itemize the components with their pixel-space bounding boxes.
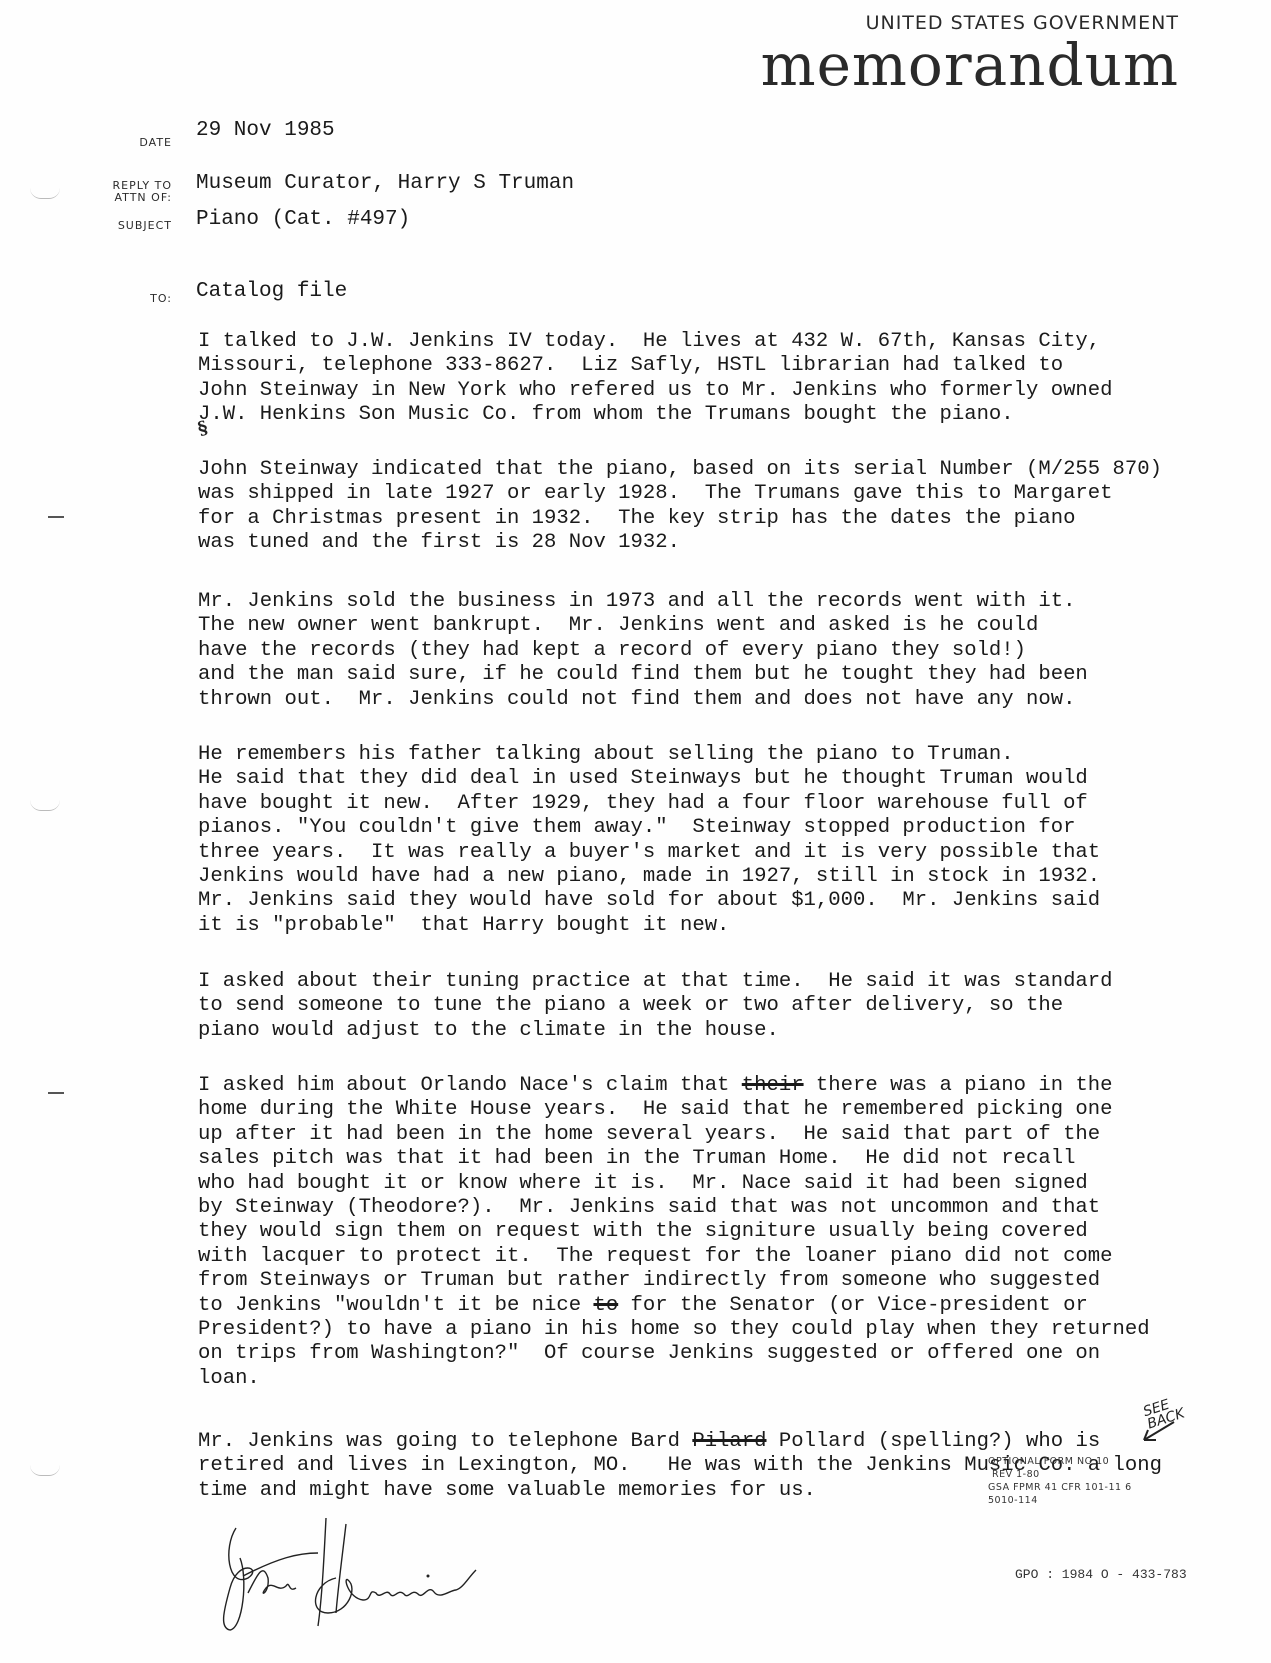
text-line: He said that they did deal in used Stein… xyxy=(198,767,1100,791)
form-regulation: GSA FPMR 41 CFR 101-11 6 xyxy=(988,1481,1132,1494)
text-line: Mr. Jenkins said they would have sold fo… xyxy=(198,889,1100,913)
text-line: President?) to have a piano in his home … xyxy=(198,1318,1150,1342)
text-line: up after it had been in the home several… xyxy=(198,1123,1150,1147)
text-line: was shipped in late 1927 or early 1928. … xyxy=(198,482,1162,506)
text-line: on trips from Washington?" Of course Jen… xyxy=(198,1342,1150,1366)
struck-text: Pilard xyxy=(692,1430,766,1453)
margin-smudge xyxy=(30,1465,60,1476)
text-line: Mr. Jenkins was going to telephone Bard … xyxy=(198,1430,1162,1454)
text-line: from Steinways or Truman but rather indi… xyxy=(198,1269,1150,1293)
paragraph: Mr. Jenkins sold the business in 1973 an… xyxy=(198,590,1088,712)
text-line: pianos. "You couldn't give them away." S… xyxy=(198,816,1100,840)
paragraph: I asked about their tuning practice at t… xyxy=(198,970,1113,1043)
margin-smudge xyxy=(30,800,60,811)
memorandum-page: UNITED STATES GOVERNMENT memorandum DATE… xyxy=(0,0,1271,1663)
date-label: DATE xyxy=(12,136,172,149)
text-line: thrown out. Mr. Jenkins could not find t… xyxy=(198,688,1088,712)
margin-mark xyxy=(48,516,64,518)
memo-body: I talked to J.W. Jenkins IV today. He li… xyxy=(198,0,1198,1663)
text-line: The new owner went bankrupt. Mr. Jenkins… xyxy=(198,614,1088,638)
text-line: home during the White House years. He sa… xyxy=(198,1098,1150,1122)
form-revision: REV 1-80 xyxy=(988,1468,1132,1481)
text-line: to Jenkins "wouldn't it be nice to for t… xyxy=(198,1294,1150,1318)
text-line: He remembers his father talking about se… xyxy=(198,743,1100,767)
text-line: by Steinway (Theodore?). Mr. Jenkins sai… xyxy=(198,1196,1150,1220)
text-line: with lacquer to protect it. The request … xyxy=(198,1245,1150,1269)
text-line: I asked him about Orlando Nace's claim t… xyxy=(198,1074,1150,1098)
to-label: TO: xyxy=(12,292,172,305)
text-line: and the man said sure, if he could find … xyxy=(198,663,1088,687)
text-line: it is "probable" that Harry bought it ne… xyxy=(198,914,1100,938)
text-line: piano would adjust to the climate in the… xyxy=(198,1019,1113,1043)
form-stock-number: 5010-114 xyxy=(988,1494,1132,1507)
paragraph: He remembers his father talking about se… xyxy=(198,743,1100,938)
form-number: OPTIONAL FORM NO 10 xyxy=(988,1455,1132,1468)
text-line: three years. It was really a buyer's mar… xyxy=(198,841,1100,865)
text-line: for a Christmas present in 1932. The key… xyxy=(198,507,1162,531)
gpo-imprint: GPO : 1984 O - 433-783 xyxy=(1015,1567,1187,1582)
text-line: John Steinway indicated that the piano, … xyxy=(198,458,1162,482)
struck-text: to xyxy=(593,1294,618,1317)
margin-mark xyxy=(48,1092,64,1094)
text-line: loan. xyxy=(198,1367,1150,1391)
signature xyxy=(218,1518,518,1643)
text-line: John Steinway in New York who refered us… xyxy=(198,379,1113,403)
struck-text: their xyxy=(742,1074,804,1097)
text-line: I asked about their tuning practice at t… xyxy=(198,970,1113,994)
text-line: was tuned and the first is 28 Nov 1932. xyxy=(198,531,1162,555)
text-line: J.W. Henkins Son Music Co. from whom the… xyxy=(198,403,1113,427)
text-line: they would sign them on request with the… xyxy=(198,1220,1150,1244)
subject-label: SUBJECT xyxy=(12,219,172,232)
paragraph: John Steinway indicated that the piano, … xyxy=(198,458,1162,556)
text-line: have the records (they had kept a record… xyxy=(198,639,1088,663)
paragraph: I asked him about Orlando Nace's claim t… xyxy=(198,1074,1150,1391)
text-line: Missouri, telephone 333-8627. Liz Safly,… xyxy=(198,354,1113,378)
text-line: who had bought it or know where it is. M… xyxy=(198,1172,1150,1196)
text-line: I talked to J.W. Jenkins IV today. He li… xyxy=(198,330,1113,354)
text-line: Mr. Jenkins sold the business in 1973 an… xyxy=(198,590,1088,614)
paragraph: I talked to J.W. Jenkins IV today. He li… xyxy=(198,330,1113,428)
form-info: OPTIONAL FORM NO 10 REV 1-80 GSA FPMR 41… xyxy=(988,1455,1132,1507)
text-line: sales pitch was that it had been in the … xyxy=(198,1147,1150,1171)
text-line: Jenkins would have had a new piano, made… xyxy=(198,865,1100,889)
text-line: to send someone to tune the piano a week… xyxy=(198,994,1113,1018)
text-line: have bought it new. After 1929, they had… xyxy=(198,792,1100,816)
